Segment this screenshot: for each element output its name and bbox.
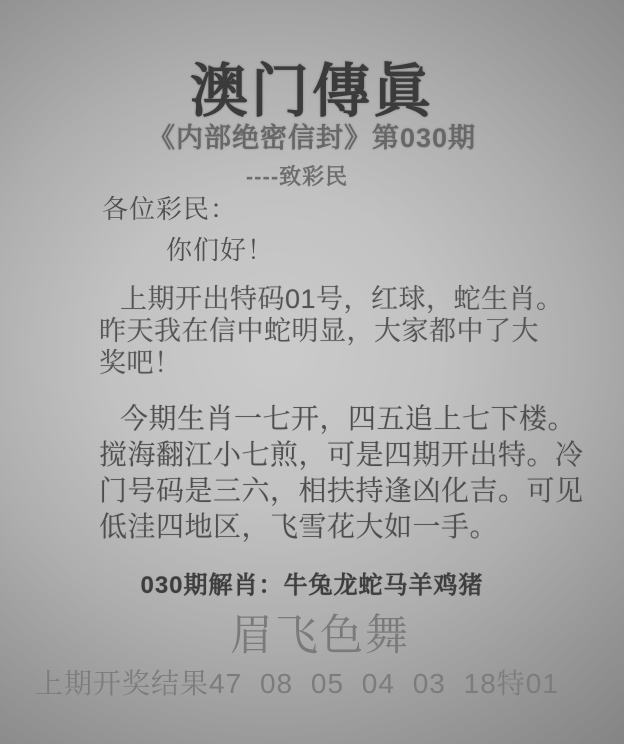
zodiac-interpretation-line: 030期解肖：牛兔龙蛇马羊鸡猪 [0, 565, 624, 600]
paragraph-line: 上期开出特码01号，红球，蛇生肖。 [99, 283, 564, 315]
paragraph-line: 搅海翻江小七煎，可是四期开出特。冷 [99, 437, 584, 473]
envelope-subtitle: 《内部绝密信封》第030期 [0, 116, 624, 155]
paragraph-line: 昨天我在信中蛇明显，大家都中了大 [99, 315, 564, 347]
idiom-text: 眉飞色舞 [8, 602, 624, 663]
paragraph-previous-draw: 上期开出特码01号，红球，蛇生肖。 昨天我在信中蛇明显，大家都中了大 奖吧！ [99, 283, 564, 379]
paragraph-current-tip: 今期生肖一七开，四五追上七下楼。 搅海翻江小七煎，可是四期开出特。冷 门号码是三… [99, 401, 584, 545]
paragraph-line: 奖吧！ [99, 347, 564, 379]
salutation: 各位彩民： [102, 189, 237, 226]
greeting: 你们好！ [166, 230, 274, 267]
fax-sheet: 澳门傳眞 《内部绝密信封》第030期 ----致彩民 各位彩民： 你们好！ 上期… [0, 0, 624, 744]
paragraph-line: 门号码是三六，相扶持逢凶化吉。可见 [99, 473, 584, 509]
previous-results-line: 上期开奖结果47 08 05 04 03 18特01 [0, 662, 609, 702]
paragraph-line: 今期生肖一七开，四五追上七下楼。 [99, 401, 584, 437]
paragraph-line: 低洼四地区，飞雪花大如一手。 [99, 509, 584, 545]
dedication-line: ----致彩民 [0, 160, 609, 191]
